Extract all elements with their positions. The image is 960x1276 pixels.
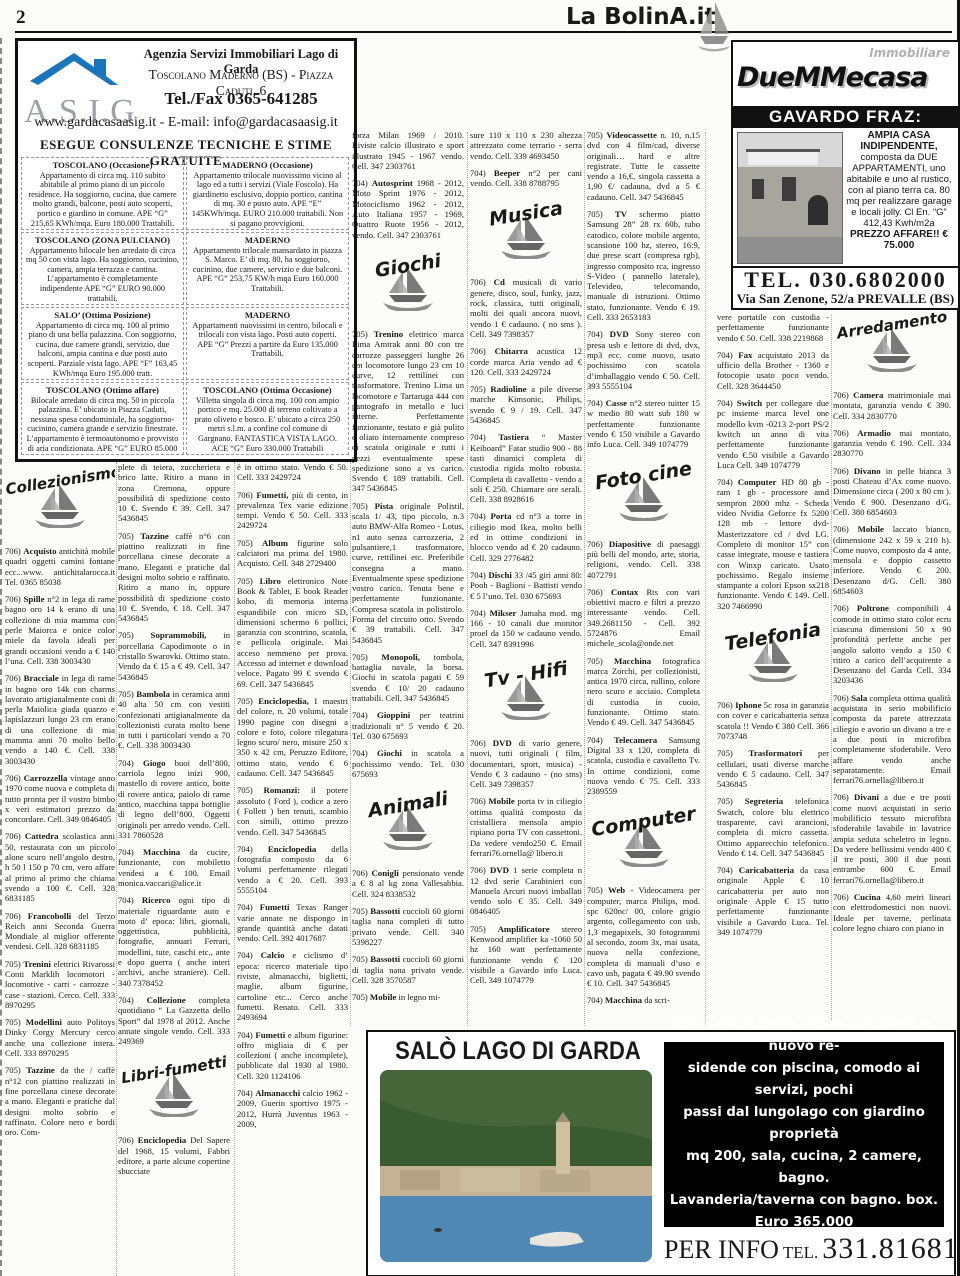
column-7: vere portatile con custodia - perfettame… (717, 312, 829, 1026)
classified-ad: 704) Enciclopedia della fotografia compo… (237, 844, 348, 895)
classified-ad: 704) Giochi in scatola a pochissimo vend… (352, 748, 464, 779)
column-4: forza Milan 1969 / 2010. Riviste calcio … (352, 130, 464, 1026)
roof-icon (30, 53, 118, 85)
classified-ad: 704) Beeper n°2 per cani vendo. Cell. 33… (470, 168, 582, 189)
classified-ad: 704) Almanacchi calcio 1962 - 2009, Guer… (237, 1088, 348, 1129)
salo-description-line: sidende con piscina, comodo ai servizi, … (664, 1058, 944, 1102)
classified-ad: 704) Macchina da scri- (587, 995, 700, 1005)
classified-ad: 705) Album figurine solo calciatori ma p… (237, 538, 348, 569)
classified-ad: 706) Armadio mai montato, garanzia vendo… (833, 428, 951, 459)
classified-ad: 704) Fumetti e album figurine: offro mig… (237, 1030, 348, 1081)
classified-ad: 704) Fax acquistato 2013 da ufficio dell… (717, 350, 829, 391)
classified-ad: 704) Porta cd n°3 a torre in ciliegio mo… (470, 511, 582, 562)
duemmecasa-logo: Immobiliare DueMMecasa (733, 42, 958, 106)
category-header-foto-cine: Foto cine (587, 457, 700, 533)
classified-ad: 705) Trenino elettrico marca Lima Amtrak… (352, 329, 464, 494)
classified-ad: 705) Enciclopedia, I maestri del colore,… (237, 696, 348, 778)
category-header-libri-fumetti: Libri-fumetti (118, 1053, 230, 1129)
classified-ad: 706) Francobolli del Terzo Reich anni Se… (5, 911, 115, 952)
salo-description-line: trilocale di testa libero sui 4 lati in … (664, 1014, 944, 1058)
classified-ad-continuation: forza Milan 1969 / 2010. Riviste calcio … (352, 130, 464, 171)
classified-ad: 705) Bassotti cuccioli 60 giorni di tagl… (352, 954, 464, 985)
category-header-computer: Computer (587, 803, 700, 879)
classified-ad: 706) Mobile laccato bianco, (dimensione … (833, 524, 951, 596)
classified-ad-continuation: sure 110 x 110 x 230 altezza attrezzato … (470, 130, 582, 161)
classified-ad: 705) Radioline a pile diverse marche Kim… (470, 384, 582, 425)
column-5: sure 110 x 110 x 230 altezza attrezzato … (470, 130, 582, 1026)
asig-listing: TOSCOLANO (Ottimo affare)Bilocale arreda… (21, 382, 184, 455)
classified-ad: 705) Mobile in legno mi- (352, 992, 464, 1002)
classified-ad: 704) Caricabatteria da casa originale Ap… (717, 865, 829, 937)
classified-ad: 706) Cucina 4,60 metri lineari con elett… (833, 892, 951, 933)
asig-listings-grid: TOSCOLANO (Occasione)Appartamento di cir… (21, 157, 349, 455)
classified-ad: 706) Sala completa ottima qualità acquis… (833, 693, 951, 786)
category-header-musica: Musica (470, 195, 582, 271)
asig-listing: MADERNOAppartamento trilocale mansardato… (186, 232, 349, 305)
classified-ad: 705) Modellini auto Politoys Dinky Corgy… (5, 1017, 115, 1058)
salo-phone: 331.8168142 (822, 1232, 960, 1265)
column-6: 705) Videocassette n. 10, n.15 dvd con 4… (587, 130, 700, 1026)
classified-ad: 704) Mikser Jamaha mod. mg 166 - 10 cana… (470, 608, 582, 649)
asig-listing: MADERNOAppartamenti nuovissimi in centro… (186, 307, 349, 380)
classified-ad-continuation: è in ottimo stato. Vendo € 50. Cell. 333… (237, 462, 348, 483)
classified-ad: 704) Fumetti Texas Ranger varie annate n… (237, 902, 348, 943)
asig-listing: TOSCOLANO (Ottima Occasione)Villetta sin… (186, 382, 349, 455)
salo-lake-photo (380, 1070, 652, 1262)
salo-description-panel: trilocale di testa libero sui 4 lati in … (664, 1042, 944, 1227)
classified-ad: 704) DVD Sony stereo con presa usb e let… (587, 329, 700, 391)
classified-ad: 704) Macchina da cucire, funzionante, co… (118, 847, 230, 888)
column-1: Collezionismo706) Acquisto antichità mob… (5, 462, 115, 1276)
classified-ad: 704) Ricerco ogni tipo di materiale rigu… (118, 895, 230, 988)
category-header-animali: Animali (352, 786, 464, 862)
classified-ad: 706) Diapositive di paesaggi più belli d… (587, 539, 700, 580)
asig-listing: MADERNO (Occasione)Appartamento trilocal… (186, 157, 349, 230)
header-rule (15, 31, 952, 33)
gavardo-ad-text: AMPIA CASA INDIPENDENTE, composta da DUE… (845, 130, 953, 251)
asig-listing: TOSCOLANO (ZONA PULCIANO)Appartamento bi… (21, 232, 184, 305)
classified-ad: 705) Tazzine caffè n°6 con piattino real… (118, 531, 230, 624)
classified-ad: 704) Calcio e ciclismo d’ epoca: ricerco… (237, 950, 348, 1022)
salo-description-line: passi dal lungolago con giardino proprie… (664, 1102, 944, 1146)
classified-ad: 704) Giogo buoi dell’800, carriola legno… (118, 758, 230, 840)
classified-ad: 705) Segreteria telefonica Swatch, color… (717, 796, 829, 858)
classified-ad: 704) Autosprint 1968 - 2012, Moto Sprint… (352, 178, 464, 240)
column-divider (234, 462, 235, 1276)
classified-ad: 706) Enciclopedia Del Sapere del 1968, 1… (118, 1135, 230, 1176)
classified-ad: 706) Divani a due e tre posti come nuovi… (833, 792, 951, 885)
column-divider (467, 132, 468, 1026)
classified-ad: 704) Computer HD 80 gb - ram 1 gb - proc… (717, 477, 829, 611)
classified-ad: 706) Mobile porta tv in ciliegio ottima … (470, 796, 582, 858)
sailboat-icon (694, 0, 734, 52)
column-divider (350, 462, 351, 1026)
column-divider (831, 315, 832, 1026)
asig-agency-ad: A.S.I.G Agenzia Servizi Immobiliari Lago… (15, 38, 357, 462)
classified-ad: 705) Tazzine da the / caffè n°12 con pia… (5, 1065, 115, 1137)
classified-ad-continuation: vere portatile con custodia - perfettame… (717, 312, 829, 343)
classified-ad: 705) Soprammobili, in porcellana Capodim… (118, 630, 230, 681)
classified-ad: 704) Gioppini per teatrini tradizionali … (352, 710, 464, 741)
column-divider (584, 132, 585, 1026)
category-header-collezionismo: Collezionismo (5, 464, 115, 540)
column-divider (116, 462, 117, 1276)
house-photo (737, 132, 843, 264)
classified-ad: 706) DVD di vario genere, nuovi, tutti o… (470, 738, 582, 789)
salo-description-line: mq 200, sala, cucina, 2 camere, bagno. (664, 1146, 944, 1190)
classified-ad: 706) Conigli pensionato vende a € 8 al k… (352, 868, 464, 899)
classified-ad: 705) Bambola in ceramica anni 40 alta 50… (118, 689, 230, 751)
classified-ad: 705) Pista originale Polistil, scala 1/ … (352, 501, 464, 645)
classified-ad-continuation: plete di teiera, zuccheriera e brico lat… (118, 462, 230, 524)
classified-ad: 706) Chitarra acustica 12 corde marca Ar… (470, 346, 582, 377)
duemmecasa-agency-ad: Immobiliare DueMMecasa GAVARDO FRAZ: (731, 40, 960, 310)
classified-ad: 705) Trasformatori per cellulari, usati … (717, 748, 829, 789)
category-header-giochi: Giochi (352, 247, 464, 323)
salo-title: SALÒ LAGO DI GARDA (378, 1036, 658, 1066)
classified-ad: 706) Camera matrimoniale mai montata, ga… (833, 390, 951, 421)
classified-ad: 705) Web - Videocamera per computer, mar… (587, 885, 700, 988)
category-header-arredamento: Arredamento (833, 308, 951, 384)
page-number: 2 (16, 7, 26, 29)
classified-ad: 704) Dischi 33 /45 giri anni 80: Pooh - … (470, 570, 582, 601)
classified-ad: 705) Videocassette n. 10, n.15 dvd con 4… (587, 130, 700, 202)
classified-ad: 705) Trenini elettrici Rivarossi Conti M… (5, 959, 115, 1010)
classified-ad: 706) Acquisto antichità mobile quadri og… (5, 546, 115, 587)
salo-contact: PER INFO TEL. 331.8168142 (664, 1232, 946, 1266)
classified-ad: 706) Cd musicali di vario genere, disco,… (470, 277, 582, 339)
classified-ad: 704) Tastiera “ Master Keiboard” Fatar s… (470, 432, 582, 504)
classified-ad: 705) Monopoli, tombola, battaglia navale… (352, 652, 464, 703)
asig-listing: SALO’ (Ottima Posizione)Appartamento di … (21, 307, 184, 380)
asig-web-email: www.gardacasaasig.it - E-mail: info@gard… (18, 115, 354, 131)
classified-ad: 705) Bassotti cuccioli 60 giorni taglia … (352, 906, 464, 947)
classified-ad: 706) Divano in pelle bianca 3 posti Chat… (833, 466, 951, 517)
duemmecasa-address: Via San Zenone, 52/a PREVALLE (BS) (733, 292, 958, 306)
classified-ad: 706) DVD 1 serie completa n 12 dvd serie… (470, 865, 582, 916)
classified-ad: 706) Carrozzella vintage anno 1970 come … (5, 773, 115, 824)
classified-ad: 706) Bracciale in lega di rame in bagno … (5, 673, 115, 766)
gavardo-banner: GAVARDO FRAZ: (733, 106, 958, 128)
category-header-tv-hifi: Tv - Hifi (470, 656, 582, 732)
salo-property-ad: SALÒ LAGO DI GARDA trilocale di testa li… (366, 1030, 956, 1276)
duemmecasa-phone: TEL. 030.6802000 (733, 268, 958, 292)
newspaper-page: 2 La BolinA.it A.S.I.G Agenzia Servizi I… (0, 0, 960, 1276)
asig-phone: Tel./Fax 0365-641285 (130, 89, 352, 109)
classified-ad: 704) Collezione completa quotidiano “ La… (118, 995, 230, 1046)
classified-ad: 705) Libro elettronico Note Book & Table… (237, 576, 348, 689)
column-divider (705, 132, 706, 1026)
classified-ad: 705) TV schermo piatto Samsung 28” 28 rx… (587, 209, 700, 322)
classified-ad: 706) Cattedra scolastica anni 50, restau… (5, 831, 115, 903)
page-left-border (0, 38, 2, 1276)
classified-ad: 704) Casse n°2 stereo tuitter 15 w medio… (587, 398, 700, 449)
immobiliare-label: Immobiliare (869, 46, 950, 60)
classified-ad: 706) Poltrone componibili 4 comode in ot… (833, 603, 951, 685)
classified-ad: 704) Switch per collegare due pc insieme… (717, 398, 829, 470)
category-header-telefonia: Telefonia (717, 618, 829, 694)
classified-ad: 704) Telecamera Samsung Digital 33 x 120… (587, 735, 700, 797)
classified-ad: 706) Fumetti, più di cento, in prevalenz… (237, 490, 348, 531)
column-8: Arredamento706) Camera matrimoniale mai … (833, 306, 951, 1026)
classified-ad: 705) Macchina fotografica marca Zorchi, … (587, 656, 700, 728)
classified-ad: 705) Amplificatore stereo Kenwood amplif… (470, 924, 582, 986)
salo-description-line: Euro 365.000 (664, 1212, 944, 1234)
asig-listing: TOSCOLANO (Occasione)Appartamento di cir… (21, 157, 184, 230)
classified-ad: 706) Spille n°2 in lega di rame bagno or… (5, 594, 115, 666)
salo-description-line: Lavanderia/taverna con bagno. box. (664, 1190, 944, 1212)
column-2: plete di teiera, zuccheriera e brico lat… (118, 462, 230, 1276)
classified-ad: 705) Romanzi: il potere assoluto ( Ford … (237, 785, 348, 836)
classified-ad: 706) Iphone 5c rosa in garanzia con cove… (717, 700, 829, 741)
column-3: è in ottimo stato. Vendo € 50. Cell. 333… (237, 462, 348, 1276)
classified-ad: 706) Contax Rts con vari obiettivi macro… (587, 587, 700, 649)
